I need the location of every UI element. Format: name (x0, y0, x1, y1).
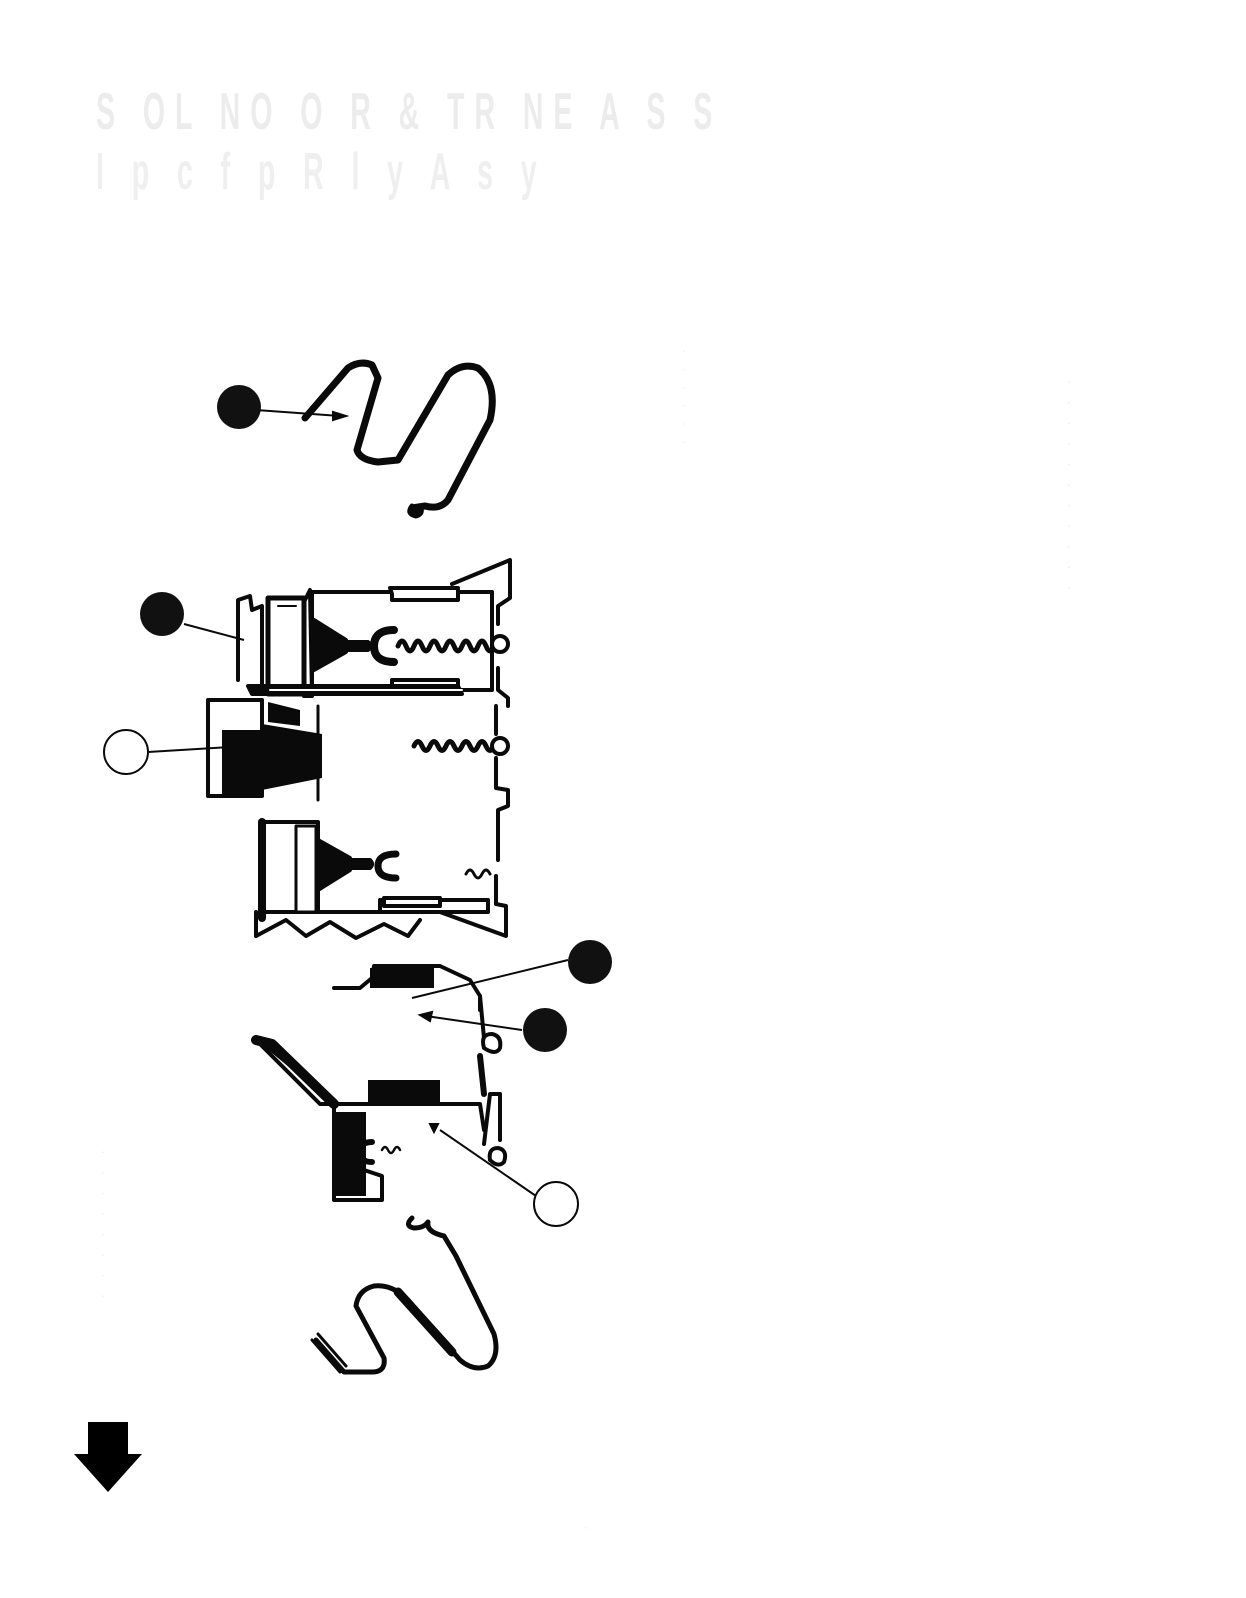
leader-line-1 (256, 410, 340, 416)
down-arrow-icon[interactable] (74, 1422, 142, 1494)
leader-line-2 (184, 624, 244, 640)
arrowhead-icon (333, 412, 346, 420)
leader-line-6 (440, 1130, 536, 1196)
page-mark: · (584, 1520, 588, 1534)
arrowhead-icon (430, 1124, 438, 1132)
callout-5 (523, 1008, 567, 1052)
leader-line-5 (426, 1016, 522, 1030)
contact-blocks (256, 966, 505, 1200)
callout-4 (568, 940, 612, 984)
callout-1 (217, 385, 261, 429)
lower-wire-spring (312, 1218, 496, 1372)
callout-3 (104, 730, 148, 774)
upper-wire-spring (305, 363, 492, 516)
callout-6 (534, 1182, 578, 1226)
lower-armature (256, 822, 506, 938)
armature-assembly (238, 560, 510, 706)
solenoid-assembly-diagram (0, 0, 1246, 1598)
arrowhead-icon (420, 1012, 432, 1021)
coil (208, 700, 508, 860)
callout-2 (140, 592, 184, 636)
